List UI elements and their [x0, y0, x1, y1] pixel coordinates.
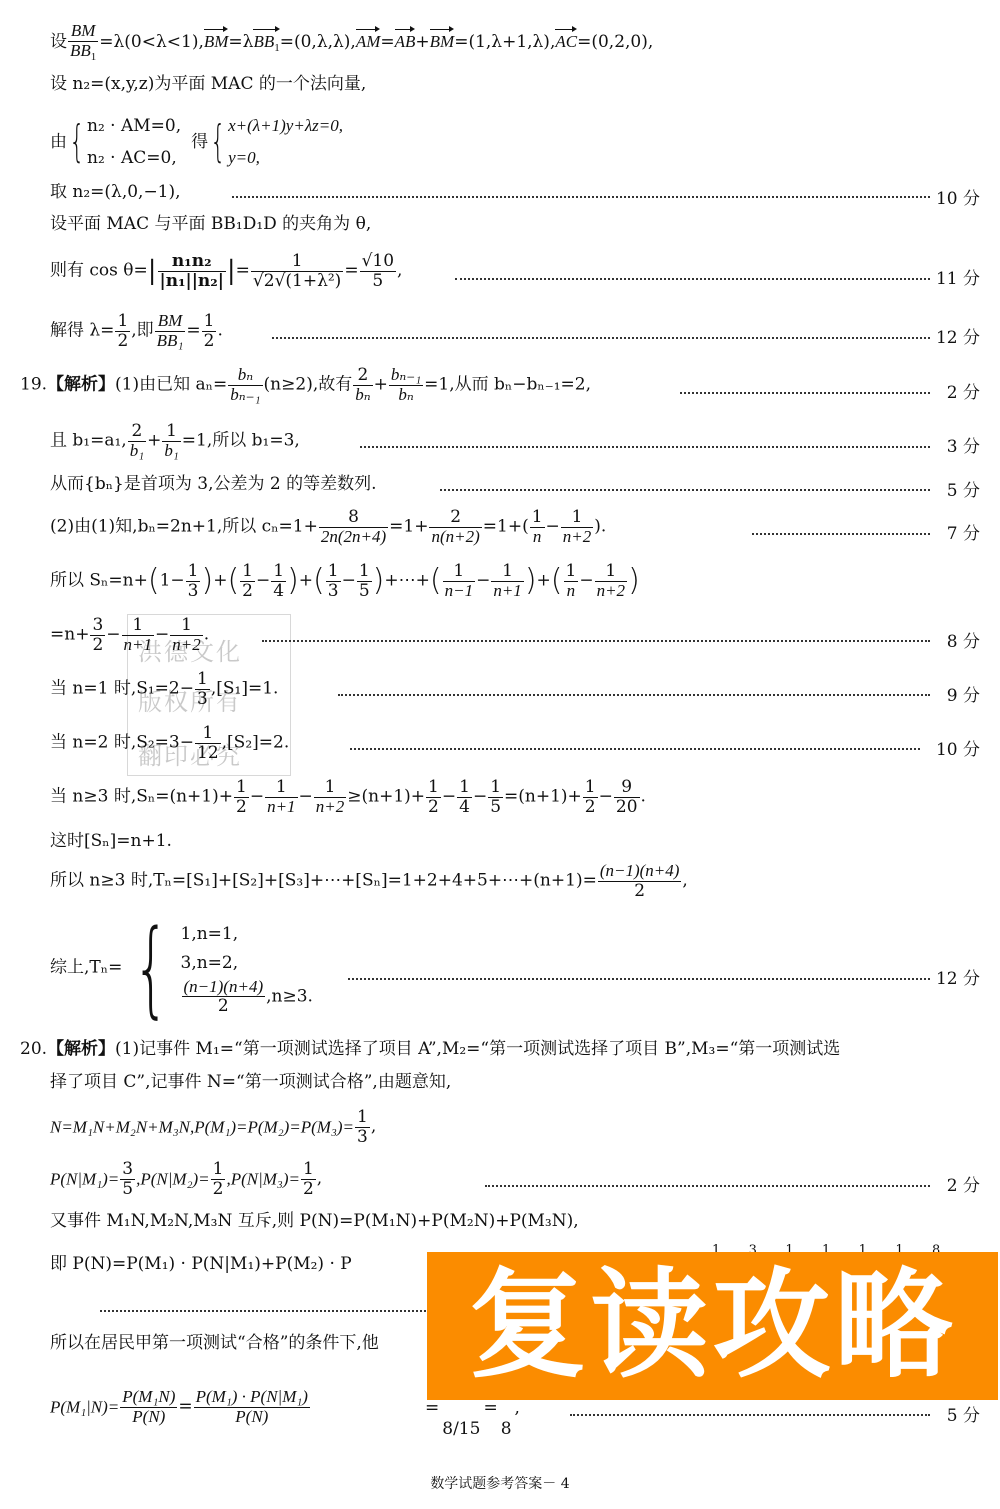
text: −	[473, 787, 487, 807]
fraction: 13	[186, 562, 201, 600]
analysis-tag: 【解析】	[47, 1039, 115, 1059]
vector-bb1: BB1	[253, 33, 279, 54]
s19-line2: 且 b₁=a₁,2b₁+1b₁=1,所以 b₁=3,	[50, 422, 300, 460]
leader-dots	[338, 694, 930, 696]
s20-line8: P(M₁|N)=P(M₁N)P(N)=P(M₁) · P(N|M₁)P(N)	[50, 1388, 311, 1426]
text: =λ(0<λ<1),	[99, 32, 204, 52]
text: ≥(n+1)+	[347, 787, 425, 807]
question-number: 20.	[20, 1039, 47, 1059]
text: =n+	[50, 625, 89, 645]
text: −	[106, 625, 120, 645]
leader-dots	[485, 1185, 930, 1187]
s19-line5: 所以 Sₙ=n+(1−13)+(12−14)+(13−15)+⋯+(1n−1−1…	[50, 562, 640, 600]
fraction: 13	[326, 562, 341, 600]
abs-bar: |	[227, 256, 236, 286]
s19-line10: 这时[Sₙ]=n+1.	[50, 833, 172, 850]
fraction: 08/15	[440, 1400, 482, 1438]
text: −	[256, 571, 270, 591]
paren: (	[227, 563, 239, 598]
text: +	[415, 32, 429, 52]
fraction: √105	[360, 252, 396, 290]
text: 由	[50, 132, 67, 152]
s18-line6: 则有 cos θ=|n₁n₂|n₁||n₂||=1√2√(1+λ²)=√105,	[50, 252, 402, 290]
s20-line5: 又事件 M₁N,M₂N,M₃N 互斥,则 P(N)=P(M₁N)+P(M₂N)+…	[50, 1213, 579, 1230]
text: +	[147, 431, 161, 451]
fraction: 12	[115, 312, 130, 350]
fraction: 1n+1	[491, 562, 523, 600]
text: =1+(	[483, 517, 529, 537]
piecewise-cases: 1,n=1,3,n=2,(n−1)(n+4)2,n≥3.	[181, 920, 313, 1016]
vector-bm: BM	[430, 33, 455, 50]
s19-line8: 当 n=2 时,S₂=3−112,[S₂]=2.	[50, 724, 289, 762]
text: =	[483, 1398, 497, 1418]
vector-ab: AB	[395, 33, 416, 50]
s19-line9: 当 n≥3 时,Sₙ=(n+1)+12−1n+1−1n+2≥(n+1)+12−1…	[50, 778, 646, 816]
fraction: 1n+2	[314, 778, 346, 816]
text: (n≥2),故有	[264, 375, 353, 395]
text: (1)记事件 M₁=“第一项测试选择了项目 A”,M₂=“第一项测试选择了项目 …	[115, 1039, 840, 1059]
score-label: 12 分	[936, 323, 980, 348]
fraction: 12	[426, 778, 441, 816]
fraction: 1n+1	[122, 616, 154, 654]
score-label: 5 分	[947, 1401, 980, 1426]
fraction: 1√2√(1+λ²)	[251, 252, 343, 290]
text: −	[155, 625, 169, 645]
paren: )	[201, 563, 213, 598]
text: 1	[160, 571, 171, 591]
text: =(n+1)+	[504, 787, 582, 807]
fraction: n₁n₂|n₁||n₂|	[158, 252, 226, 290]
paren: )	[373, 563, 385, 598]
text: ,	[397, 261, 402, 281]
leader-dots	[100, 1310, 430, 1312]
text: −	[442, 787, 456, 807]
text: −	[342, 571, 356, 591]
fraction: P(M₁) · P(N|M₁)P(N)	[194, 1388, 310, 1426]
leader-dots	[232, 196, 930, 198]
left-brace: {	[210, 120, 225, 164]
text: 得	[191, 132, 208, 152]
score-label: 2 分	[947, 1171, 980, 1196]
fraction: 1n+2	[170, 616, 202, 654]
fraction: 2b₁	[128, 422, 146, 460]
fraction: BMBB₁	[155, 312, 186, 350]
fraction: 2n(n+2)	[429, 508, 481, 546]
score-label: 10 分	[936, 735, 980, 760]
s20-line3: N=M₁N+M₂N+M₃N,P(M₁)=P(M₂)=P(M₃)=13,	[50, 1108, 376, 1146]
text: 且 b₁=a₁,	[50, 431, 127, 451]
fraction: 15	[357, 562, 372, 600]
question-number: 19.	[20, 375, 47, 395]
score-label: 8 分	[947, 627, 980, 652]
text: =(0,2,0),	[577, 32, 653, 52]
equation: n₂ · AM=0,	[87, 110, 181, 142]
system-of-equations: n₂ · AM=0,n₂ · AC=0,	[87, 110, 181, 175]
text: +	[374, 375, 388, 395]
fraction: 15	[488, 778, 503, 816]
fraction: 12	[301, 1160, 316, 1198]
leader-dots	[752, 533, 930, 535]
paren: (	[313, 563, 325, 598]
left-brace: {	[69, 120, 84, 164]
s20-line7: 所以在居民甲第一项测试“合格”的条件下,他	[50, 1335, 379, 1352]
leader-dots	[348, 978, 930, 980]
text: ).	[594, 517, 606, 537]
text: ,	[371, 1117, 376, 1137]
fraction: 35	[120, 1160, 135, 1198]
case: 3,n=2,	[181, 949, 313, 978]
score-label: 11 分	[936, 264, 980, 289]
fraction: 1n+2	[595, 562, 627, 600]
case: 1,n=1,	[181, 920, 313, 949]
s19-line12: 综上,Tₙ={1,n=1,3,n=2,(n−1)(n+4)2,n≥3.	[50, 916, 313, 1020]
text: =	[186, 321, 200, 341]
fraction: 1b₁	[162, 422, 180, 460]
text: −	[299, 787, 313, 807]
text: 当 n≥3 时,Sₙ=(n+1)+	[50, 787, 233, 807]
score-label: 7 分	[947, 519, 980, 544]
text: ,	[317, 1169, 322, 1189]
fraction: 2bₙ	[353, 366, 372, 404]
score-label: 5 分	[947, 476, 980, 501]
text: ,[S₁]=1.	[211, 679, 279, 699]
text: =(1,λ+1,λ),	[454, 32, 555, 52]
paren: )	[628, 563, 640, 598]
fraction: bₙ₋₁bₙ	[389, 366, 423, 404]
text: =1,所以 b₁=3,	[182, 431, 300, 451]
text: −	[579, 571, 593, 591]
paren: )	[525, 563, 537, 598]
fraction: 1n+2	[561, 508, 593, 546]
text: 当 n=2 时,S₂=3−	[50, 733, 194, 753]
s18-line4: 取 n₂=(λ,0,−1),	[50, 184, 181, 201]
score-label: 12 分	[936, 964, 980, 989]
s20-line1: 20.【解析】(1)记事件 M₁=“第一项测试选择了项目 A”,M₂=“第一项测…	[20, 1041, 840, 1058]
s20-line2: 择了项目 C”,记事件 N=“第一项测试合格”,由题意知,	[50, 1074, 451, 1091]
fraction: 112	[195, 724, 221, 762]
paren: (	[551, 563, 563, 598]
text: −	[476, 571, 490, 591]
text: =	[236, 261, 250, 281]
leader-dots	[262, 640, 930, 642]
fraction: 12	[202, 312, 217, 350]
score-label: 2 分	[947, 378, 980, 403]
leader-dots	[360, 446, 930, 448]
text: +	[537, 571, 551, 591]
text: =1,从而 bₙ−bₙ₋₁=2,	[424, 375, 591, 395]
text: ,	[515, 1398, 520, 1418]
s19-line7: 当 n=1 时,S₁=2−13,[S₁]=1.	[50, 670, 278, 708]
fraction: 12	[211, 1160, 226, 1198]
fraction: (n−1)(n+4)2	[182, 978, 266, 1016]
s19-line1: 19.【解析】(1)由已知 aₙ=bₙbₙ₋₁(n≥2),故有2bₙ+bₙ₋₁b…	[20, 366, 591, 404]
text: +	[213, 571, 227, 591]
score-label: 10 分	[936, 184, 980, 209]
fraction-bm-bb1: BMBB1	[68, 22, 98, 63]
text: 则有 cos θ=	[50, 261, 148, 281]
text: =	[380, 32, 394, 52]
text: N=M₁N+M₂N+M₃N,P(M₁)=P(M₂)=P(M₃)=	[50, 1118, 354, 1137]
banner-title: 复读攻略	[427, 1258, 998, 1394]
fraction: 1n−1	[443, 562, 475, 600]
analysis-tag: 【解析】	[47, 375, 115, 395]
text: +	[299, 571, 313, 591]
s20-line4: P(N|M₁)=35,P(N|M₂)=12,P(N|M₃)=12,	[50, 1160, 322, 1198]
fraction: 12	[583, 778, 598, 816]
text: P(N|M₁)=	[50, 1170, 119, 1189]
fraction: 1n	[530, 508, 545, 546]
text: =	[425, 1398, 439, 1418]
vector-am: AM	[356, 33, 381, 50]
leader-dots	[272, 337, 930, 339]
s19-line11: 所以 n≥3 时,Tₙ=[S₁]+[S₂]+[S₃]+⋯+[Sₙ]=1+2+4+…	[50, 862, 688, 900]
paren: )	[287, 563, 299, 598]
case: (n−1)(n+4)2,n≥3.	[181, 978, 313, 1016]
text: +⋯+	[384, 571, 430, 591]
text: −	[250, 787, 264, 807]
text: .	[204, 625, 209, 645]
leader-dots	[680, 392, 930, 394]
s18-line7: 解得 λ=12,即BMBB₁=12.	[50, 312, 223, 350]
text: .	[217, 321, 222, 341]
leader-dots	[440, 489, 930, 491]
text: P(M₁|N)=	[50, 1398, 119, 1417]
fraction: (n−1)(n+4)2	[598, 862, 682, 900]
page-footer: 数学试题参考答案－ 4	[0, 1473, 1000, 1493]
s19-line6: =n+32−1n+1−1n+2.	[50, 616, 209, 654]
fraction: 1n+1	[265, 778, 297, 816]
s18-line1: 设BMBB1=λ(0<λ<1),BM=λBB1=(0,λ,λ),AM=AB+BM…	[50, 22, 653, 63]
fraction: bₙbₙ₋₁	[228, 366, 262, 404]
leader-dots	[350, 748, 920, 750]
s19-line3: 从而{bₙ}是首项为 3,公差为 2 的等差数列.	[50, 476, 377, 493]
text: =	[344, 261, 358, 281]
fraction: 12	[234, 778, 249, 816]
paren: (	[148, 563, 160, 598]
text: ,P(N|M₂)=	[136, 1170, 210, 1189]
fraction: 920	[614, 778, 640, 816]
s18-line5: 设平面 MAC 与平面 BB₁D₁D 的夹角为 θ,	[50, 216, 371, 233]
fraction: P(M₁N)P(N)	[120, 1388, 177, 1426]
s18-line3: 由{n₂ · AM=0,n₂ · AC=0,得{x+(λ+1)y+λz=0,y=…	[50, 110, 343, 175]
left-brace: {	[133, 916, 169, 1020]
score-label: 9 分	[947, 681, 980, 706]
text: 所以 n≥3 时,Tₙ=[S₁]+[S₂]+[S₃]+⋯+[Sₙ]=1+2+4+…	[50, 871, 597, 891]
abs-bar: |	[148, 256, 157, 286]
text: 解得 λ=	[50, 321, 114, 341]
s19-line4: (2)由(1)知,bₙ=2n+1,所以 cₙ=1+82n(2n+4)=1+2n(…	[50, 508, 606, 546]
fraction: 82n(2n+4)	[319, 508, 388, 546]
system-result: x+(λ+1)y+λz=0,y=0,	[228, 110, 343, 175]
text: ,[S₂]=2.	[222, 733, 290, 753]
s18-line2: 设 n₂=(x,y,z)为平面 MAC 的一个法向量,	[50, 76, 366, 93]
text: 设	[50, 32, 67, 52]
fraction: 1n	[564, 562, 579, 600]
leader-dots	[455, 278, 930, 280]
equation: x+(λ+1)y+λz=0,	[228, 110, 343, 142]
text: −	[546, 517, 560, 537]
fraction: 08	[499, 1400, 514, 1438]
text: (1)由已知 aₙ=	[115, 375, 227, 395]
fraction: 12	[240, 562, 255, 600]
fraction: 13	[355, 1108, 370, 1146]
text: ,	[682, 871, 687, 891]
text: ,即	[131, 321, 153, 341]
equation: y=0,	[228, 142, 343, 174]
text: ,P(N|M₃)=	[226, 1170, 300, 1189]
text: 所以 Sₙ=n+	[50, 571, 148, 591]
text: .	[641, 787, 646, 807]
paren: (	[430, 563, 442, 598]
text: 当 n=1 时,S₁=2−	[50, 679, 194, 699]
text: −	[599, 787, 613, 807]
equation: n₂ · AC=0,	[87, 142, 181, 174]
text: =1+	[389, 517, 428, 537]
fraction: 32	[90, 616, 105, 654]
fraction: 14	[271, 562, 286, 600]
text: =λ	[228, 32, 253, 52]
promo-banner: 复读攻略	[427, 1252, 998, 1400]
text: 综上,Tₙ=	[50, 958, 122, 978]
text: (2)由(1)知,bₙ=2n+1,所以 cₙ=1+	[50, 517, 318, 537]
text: −	[170, 571, 184, 591]
text: =(0,λ,λ),	[280, 32, 356, 52]
score-label: 3 分	[947, 432, 980, 457]
leader-dots	[570, 1414, 930, 1416]
vector-bm: BM	[204, 33, 229, 50]
vector-ac: AC	[555, 33, 577, 50]
text: =	[178, 1397, 192, 1417]
s20-line8-tail: =08/15=08,	[425, 1400, 520, 1438]
s20-line6: 即 P(N)=P(M₁) · P(N|M₁)+P(M₂) · P	[50, 1256, 352, 1273]
fraction: 13	[195, 670, 210, 708]
fraction: 14	[457, 778, 472, 816]
